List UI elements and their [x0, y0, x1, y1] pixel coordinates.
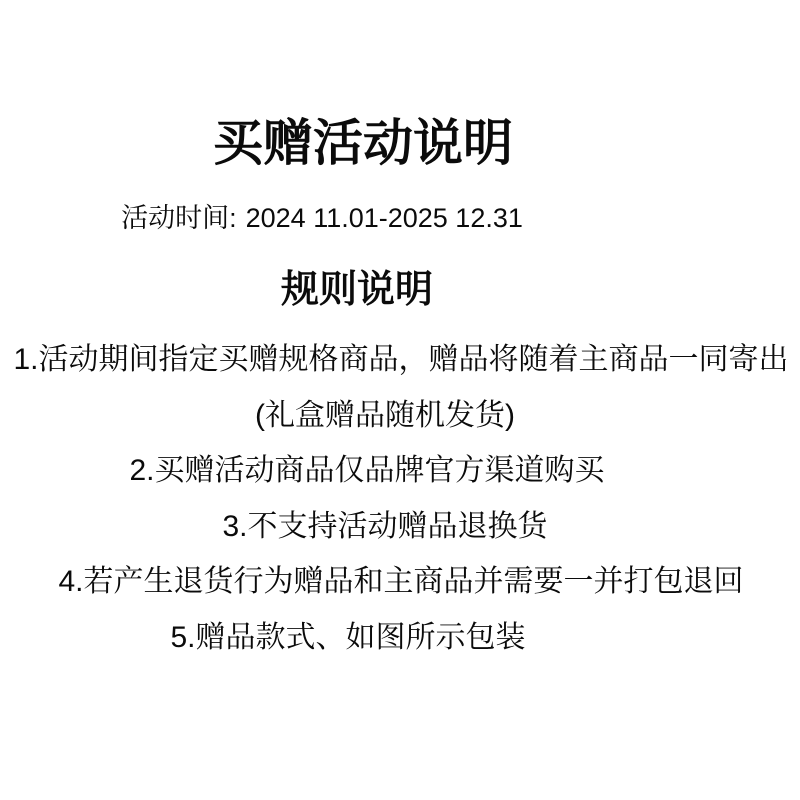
rule-3: 3.不支持活动赠品退换货 — [0, 501, 785, 545]
activity-time-value: 2024 11.01-2025 12.31 — [246, 203, 523, 233]
rules-heading: 规则说明 — [0, 258, 757, 313]
activity-time: 活动时间:2024 11.01-2025 12.31 — [0, 196, 722, 235]
rule-4: 4.若产生退货行为赠品和主商品并需要一并打包退回 — [1, 556, 800, 600]
rule-2: 2.买赠活动商品仅品牌官方渠道购买 — [0, 445, 767, 489]
rule-5: 5.赠品款式、如图所示包装 — [0, 612, 748, 656]
rule-1-note: (礼盒赠品随机发货) — [0, 390, 785, 434]
poster-title: 买赠活动说明 — [0, 103, 763, 175]
rule-1: 1.活动期间指定买赠规格商品，赠品将随着主商品一同寄出 — [1, 334, 800, 378]
promo-poster: 买赠活动说明 活动时间:2024 11.01-2025 12.31 规则说明 1… — [0, 0, 800, 800]
activity-time-label: 活动时间: — [121, 203, 237, 233]
